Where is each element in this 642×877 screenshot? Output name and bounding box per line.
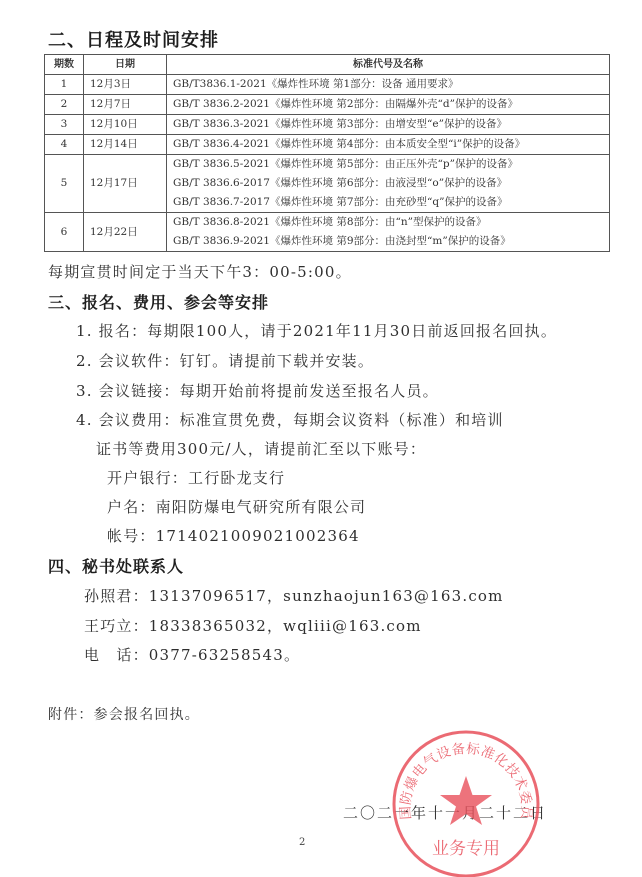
standard-name: GB/T 3836.2-2021《爆炸性环境 第2部分：由隔爆外壳“d”保护的设… (173, 95, 603, 114)
time-note: 每期宣贯时间定于当天下午3：00-5:00。 (48, 261, 352, 282)
contact-phone: 电 话：0377-63258543。 (84, 644, 300, 665)
section4-heading: 四、秘书处联系人 (48, 554, 184, 577)
table-header-row: 期数 日期 标准代号及名称 (45, 55, 610, 75)
table-row: 3 12月10日 GB/T 3836.3-2021《爆炸性环境 第3部分：由增安… (45, 115, 610, 135)
standard-name: GB/T 3836.7-2017《爆炸性环境 第7部分：由充砂型“q”保护的设备… (173, 193, 603, 212)
period-date: 12月3日 (84, 75, 167, 95)
standard-name: GB/T 3836.4-2021《爆炸性环境 第4部分：由本质安全型“i”保护的… (173, 135, 603, 154)
period-number: 6 (45, 213, 84, 252)
standard-name: GB/T3836.1-2021《爆炸性环境 第1部分：设备 通用要求》 (173, 75, 603, 94)
standard-cell: GB/T3836.1-2021《爆炸性环境 第1部分：设备 通用要求》 (167, 75, 610, 95)
period-number: 3 (45, 115, 84, 135)
standard-cell: GB/T 3836.5-2021《爆炸性环境 第5部分：由正压外壳“p”保护的设… (167, 155, 610, 213)
standard-cell: GB/T 3836.8-2021《爆炸性环境 第8部分：由“n”型保护的设备》 … (167, 213, 610, 252)
table-row: 4 12月14日 GB/T 3836.4-2021《爆炸性环境 第4部分：由本质… (45, 135, 610, 155)
attachment-note: 附件：参会报名回执。 (48, 704, 200, 724)
standard-cell: GB/T 3836.2-2021《爆炸性环境 第2部分：由隔爆外壳“d”保护的设… (167, 95, 610, 115)
period-date: 12月22日 (84, 213, 167, 252)
fee-item-continued: 证书等费用300元/人，请提前汇至以下账号： (96, 438, 426, 459)
table-row: 6 12月22日 GB/T 3836.8-2021《爆炸性环境 第8部分：由“n… (45, 213, 610, 252)
period-date: 12月7日 (84, 95, 167, 115)
standard-name: GB/T 3836.6-2017《爆炸性环境 第6部分：由液浸型“o”保护的设备… (173, 174, 603, 193)
period-number: 2 (45, 95, 84, 115)
section2-heading: 二、日程及时间安排 (48, 26, 219, 52)
bank-name: 开户银行：工行卧龙支行 (107, 467, 285, 488)
period-number: 1 (45, 75, 84, 95)
standard-cell: GB/T 3836.4-2021《爆炸性环境 第4部分：由本质安全型“i”保护的… (167, 135, 610, 155)
period-date: 12月10日 (84, 115, 167, 135)
period-number: 4 (45, 135, 84, 155)
fee-item: 4. 会议费用：标准宣贯免费，每期会议资料（标准）和培训 (76, 409, 504, 430)
contact-wang: 王巧立：18338365032，wqliii@163.com (84, 615, 422, 636)
standard-cell: GB/T 3836.3-2021《爆炸性环境 第3部分：由增安型“e”保护的设备… (167, 115, 610, 135)
stamp-bottom-text: 业务专用 (432, 839, 500, 859)
table-row: 5 12月17日 GB/T 3836.5-2021《爆炸性环境 第5部分：由正压… (45, 155, 610, 213)
header-period: 期数 (45, 55, 84, 75)
page-number: 2 (299, 837, 305, 848)
period-number: 5 (45, 155, 84, 213)
account-number: 帐号：1714021009021002364 (107, 525, 360, 546)
table-row: 1 12月3日 GB/T3836.1-2021《爆炸性环境 第1部分：设备 通用… (45, 75, 610, 95)
signature-date: 二〇二一年十一月二十二日 (343, 802, 547, 823)
standard-name: GB/T 3836.5-2021《爆炸性环境 第5部分：由正压外壳“p”保护的设… (173, 155, 603, 174)
header-standard: 标准代号及名称 (167, 55, 610, 75)
section3-heading: 三、报名、费用、参会等安排 (48, 290, 269, 313)
standard-name: GB/T 3836.9-2021《爆炸性环境 第9部分：由浇封型“m”保护的设备… (173, 232, 603, 251)
period-date: 12月14日 (84, 135, 167, 155)
standard-name: GB/T 3836.3-2021《爆炸性环境 第3部分：由增安型“e”保护的设备… (173, 115, 603, 134)
schedule-table: 期数 日期 标准代号及名称 1 12月3日 GB/T3836.1-2021《爆炸… (44, 54, 610, 252)
period-date: 12月17日 (84, 155, 167, 213)
standard-name: GB/T 3836.8-2021《爆炸性环境 第8部分：由“n”型保护的设备》 (173, 213, 603, 232)
account-holder: 户名：南阳防爆电气研究所有限公司 (107, 496, 366, 517)
registration-item: 1. 报名：每期限100人，请于2021年11月30日前返回报名回执。 (76, 320, 557, 341)
software-item: 2. 会议软件：钉钉。请提前下载并安装。 (76, 350, 374, 371)
contact-sun: 孙照君：13137096517，sunzhaojun163@163.com (84, 585, 504, 606)
meeting-link-item: 3. 会议链接：每期开始前将提前发送至报名人员。 (76, 380, 439, 401)
table-row: 2 12月7日 GB/T 3836.2-2021《爆炸性环境 第2部分：由隔爆外… (45, 95, 610, 115)
header-date: 日期 (84, 55, 167, 75)
